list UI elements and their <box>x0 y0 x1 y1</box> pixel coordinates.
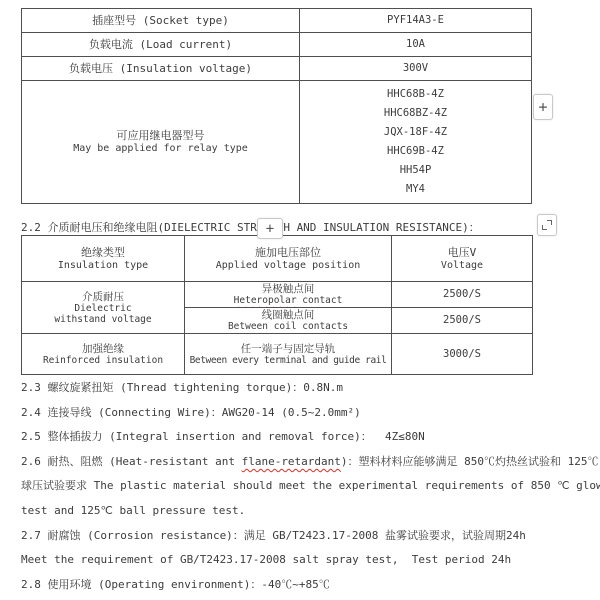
socket-spec-table: 插座型号 (Socket type) PYF14A3-E 负载电流 (Load … <box>21 8 532 204</box>
relay-type-label-en: May be applied for relay type <box>73 143 248 155</box>
relay-type-label-cn: 可应用继电器型号 <box>117 129 205 143</box>
paragraph-2-3: 2.3 螺纹旋紧扭矩 (Thread tightening torque)：0.… <box>21 376 593 401</box>
header-en: Voltage <box>441 260 483 272</box>
relay-type-item: JQX-18F-4Z <box>384 126 447 139</box>
heteropolar-voltage: 2500/S <box>392 282 532 308</box>
heteropolar-en: Heteropolar contact <box>234 295 343 306</box>
paragraph-2-5: 2.5 整体插拔力 (Integral insertion and remova… <box>21 425 593 450</box>
expand-icon <box>542 225 547 230</box>
insulation-table: 绝缘类型 Insulation type 施加电压部位 Applied volt… <box>21 235 533 375</box>
terminal-rail-cell: 任一端子与固定导轨 Between every terminal and gui… <box>185 334 392 374</box>
terminal-rail-en: Between every terminal and guide rail <box>190 355 387 366</box>
dielectric-cn: 介质耐压 <box>82 291 124 303</box>
reinforced-en: Reinforced insulation <box>43 355 163 366</box>
coil-contacts-cell: 线圈触点间 Between coil contacts <box>185 308 392 334</box>
misspelled-word: flane-retardant <box>242 455 341 468</box>
relay-type-item: HHC68BZ-4Z <box>384 107 447 120</box>
spec-value-insulation-voltage: 300V <box>300 57 531 81</box>
heteropolar-contact-cell: 异极触点间 Heteropolar contact <box>185 282 392 308</box>
spec-value-load-current: 10A <box>300 33 531 57</box>
p26-suffix: )：塑料材料应能够满足 850℃灼热丝试验和 125℃ <box>341 455 599 468</box>
insert-plus-button-overlay[interactable]: + <box>257 218 283 239</box>
insert-plus-button[interactable]: + <box>533 94 553 120</box>
header-cn: 绝缘类型 <box>81 246 125 260</box>
paragraph-2-4: 2.4 连接导线 (Connecting Wire)：AWG20-14 (0.5… <box>21 401 593 426</box>
section-2-2-title: 2.2 介质耐电压和绝缘电阻(DIELECTRIC STRENGTH AND I… <box>21 219 480 235</box>
header-cn: 电压V <box>448 246 477 260</box>
paragraph-2-7: 2.7 耐腐蚀 (Corrosion resistance)：满足 GB/T24… <box>21 524 593 549</box>
paragraph-2-8: 2.8 使用环境 (Operating environment)：-40℃~+8… <box>21 573 593 598</box>
misspelled-word: Heteropolar <box>234 295 297 306</box>
relay-type-list: HHC68B-4Z HHC68BZ-4Z JQX-18F-4Z HHC69B-4… <box>300 81 531 203</box>
spec-value-socket-type: PYF14A3-E <box>300 9 531 33</box>
terminal-rail-cn: 任一端子与固定导轨 <box>241 343 336 355</box>
reinforced-insulation-cell: 加强绝缘 Reinforced insulation <box>22 334 185 374</box>
coil-en: Between coil contacts <box>228 321 348 332</box>
expand-button[interactable] <box>537 214 557 236</box>
reinforced-cn: 加强绝缘 <box>82 343 124 355</box>
paragraph-2-6: 2.6 耐热、阻燃 (Heat-resistant ant flane-reta… <box>21 450 593 475</box>
relay-type-item: HHC69B-4Z <box>387 145 444 158</box>
heteropolar-en-rest: contact <box>297 295 343 306</box>
ins-header-voltage: 电压V Voltage <box>392 236 532 282</box>
header-en: Insulation type <box>58 260 148 272</box>
paragraph-2-6-cont1: 球压试验要求 The plastic material should meet … <box>21 474 593 499</box>
heteropolar-cn: 异极触点间 <box>262 283 315 295</box>
coil-cn: 线圈触点间 <box>262 309 315 321</box>
dielectric-en1: Dielectric <box>74 303 131 314</box>
paragraph-2-6-cont2: test and 125℃ ball pressure test. <box>21 499 593 524</box>
ins-header-type: 绝缘类型 Insulation type <box>22 236 185 282</box>
relay-type-item: HHC68B-4Z <box>387 88 444 101</box>
header-en: Applied voltage position <box>216 260 361 272</box>
ins-header-position: 施加电压部位 Applied voltage position <box>185 236 392 282</box>
p26-prefix: 2.6 耐热、阻燃 (Heat-resistant ant <box>21 455 242 468</box>
expand-icon <box>547 220 552 225</box>
relay-type-item: HH54P <box>400 164 432 177</box>
dielectric-withstand-cell: 介质耐压 Dielectric withstand voltage <box>22 282 185 334</box>
coil-voltage: 2500/S <box>392 308 532 334</box>
paragraph-2-7-cont: Meet the requirement of GB/T2423.17-2008… <box>21 548 593 573</box>
spec-paragraphs: 2.3 螺纹旋紧扭矩 (Thread tightening torque)：0.… <box>21 376 593 597</box>
plus-icon: + <box>266 221 274 237</box>
spec-label-load-current: 负载电流 (Load current) <box>22 33 300 57</box>
plus-icon: + <box>538 98 547 116</box>
relay-type-item: MY4 <box>406 183 425 196</box>
spec-label-insulation-voltage: 负载电压 (Insulation voltage) <box>22 57 300 81</box>
dielectric-en2: withstand voltage <box>54 314 151 325</box>
header-cn: 施加电压部位 <box>255 246 321 260</box>
spec-label-socket-type: 插座型号 (Socket type) <box>22 9 300 33</box>
reinforced-voltage: 3000/S <box>392 334 532 374</box>
relay-type-label-cell: 可应用继电器型号 May be applied for relay type <box>22 81 300 203</box>
